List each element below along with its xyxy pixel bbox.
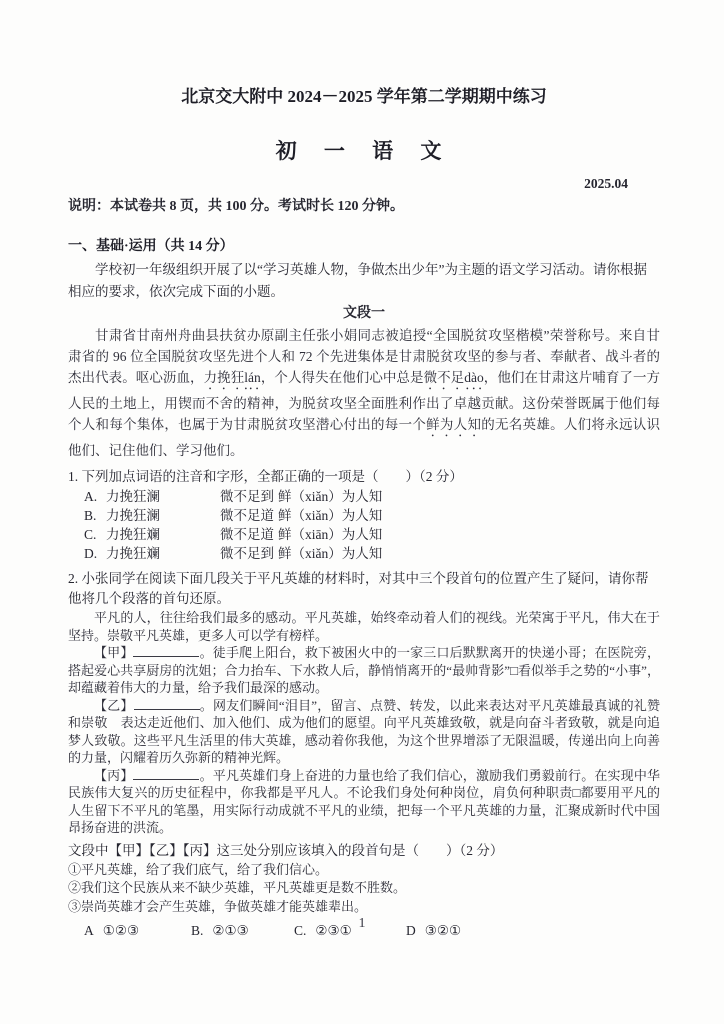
exam-subject: 初 一 语 文: [68, 138, 660, 164]
candidate-sentence-2: ②我们这个民族从来不缺少英雄，平凡英雄更是数不胜数。: [68, 879, 660, 898]
option-label: B.: [84, 506, 106, 525]
candidate-sentence-1: ①平凡英雄，给了我们底气，给了我们信心。: [68, 861, 660, 880]
option-term-1: 力挽狂澜: [106, 506, 220, 525]
question-1-option-d: D. 力挽狂斓 微不足到 鲜（xiǎn）为人知: [68, 544, 660, 563]
passage-1-text: 甘肃省甘南州舟曲县扶贫办原副主任张小娟同志被追授“全国脱贫攻坚楷模”荣誉称号。来…: [68, 325, 660, 461]
option-term-3: 鲜（xiǎn）为人知: [278, 487, 382, 506]
emphasized-term: 力挽狂lán: [204, 370, 261, 385]
option-term-1: 力挽狂斓: [106, 525, 220, 544]
exam-title: 北京交大附中 2024－2025 学年第二学期期中练习: [68, 86, 660, 108]
option-term-2: 微不足到: [220, 544, 278, 563]
exam-paper-page: 北京交大附中 2024－2025 学年第二学期期中练习 初 一 语 文 2025…: [0, 0, 724, 1024]
option-term-2: 微不足道: [220, 506, 278, 525]
option-term-2: 微不足道: [220, 525, 278, 544]
fill-blank-jia: [133, 644, 199, 657]
fill-blank-yi: [134, 697, 200, 710]
option-label: A.: [84, 487, 106, 506]
option-term-3: 鲜（xiǎn）为人知: [278, 544, 382, 563]
question-1-stem: 1. 下列加点词语的注音和字形，全都正确的一项是（ ）（2 分）: [68, 467, 660, 487]
emphasized-term: 鲜为人知: [426, 417, 481, 432]
option-term-1: 力挽狂澜: [106, 487, 220, 506]
paragraph-jia-tag: 【甲】: [94, 645, 133, 660]
option-label: C.: [84, 525, 106, 544]
option-term-2: 微不足到: [220, 487, 278, 506]
option-label: D.: [84, 544, 106, 563]
section-1-heading: 一、基础·运用（共 14 分）: [68, 238, 660, 256]
paragraph-bing: 【丙】。平凡英雄们身上奋进的力量也给了我们信心，激励我们勇毅前行。在实现中华民族…: [68, 767, 660, 837]
exam-instructions: 说明：本试卷共 8 页，共 100 分。考试时长 120 分钟。: [68, 198, 660, 216]
section-1-intro: 学校初一年级组织开展了以“学习英雄人物，争做杰出少年”为主题的语文学习活动。请你…: [68, 259, 660, 303]
question-2-stem: 2. 小张同学在阅读下面几段关于平凡英雄的材料时，对其中三个段首句的位置产生了疑…: [68, 569, 660, 609]
paragraph-yi: 【乙】。网友们瞬间“泪目”，留言、点赞、转发，以此来表达对平凡英雄最真诚的礼赞和…: [68, 697, 660, 767]
page-number: 1: [0, 916, 724, 932]
passage-1-title: 文段一: [68, 305, 660, 323]
candidate-sentence-3: ③崇尚英雄才会产生英雄，争做英雄才能英雄辈出。: [68, 898, 660, 917]
question-2-fill-stem: 文段中【甲】【乙】【丙】这三处分别应该填入的段首句是（ ）（2 分）: [68, 841, 660, 861]
emphasized-term: 微不足dào: [424, 370, 484, 385]
option-term-3: 鲜（xiān）为人知: [278, 525, 382, 544]
fill-blank-bing: [133, 767, 199, 780]
option-term-3: 鲜（xiǎn）为人知: [278, 506, 382, 525]
question-2-paragraph-intro: 平凡的人，往往给我们最多的感动。平凡英雄，始终牵动着人们的视线。光荣寓于平凡，伟…: [68, 609, 660, 644]
question-1-option-a: A. 力挽狂澜 微不足到 鲜（xiǎn）为人知: [68, 487, 660, 506]
question-1-option-b: B. 力挽狂澜 微不足道 鲜（xiǎn）为人知: [68, 506, 660, 525]
paragraph-yi-tag: 【乙】: [94, 698, 134, 713]
question-1-option-c: C. 力挽狂斓 微不足道 鲜（xiān）为人知: [68, 525, 660, 544]
passage-1-part: ，个人得失在他们心中总是: [261, 370, 424, 385]
paragraph-jia: 【甲】。徒手爬上阳台，救下被困火中的一家三口后默默离开的快递小哥；在医院旁，搭起…: [68, 644, 660, 697]
exam-date: 2025.04: [68, 176, 660, 192]
option-term-1: 力挽狂斓: [106, 544, 220, 563]
paragraph-bing-tag: 【丙】: [94, 768, 133, 783]
